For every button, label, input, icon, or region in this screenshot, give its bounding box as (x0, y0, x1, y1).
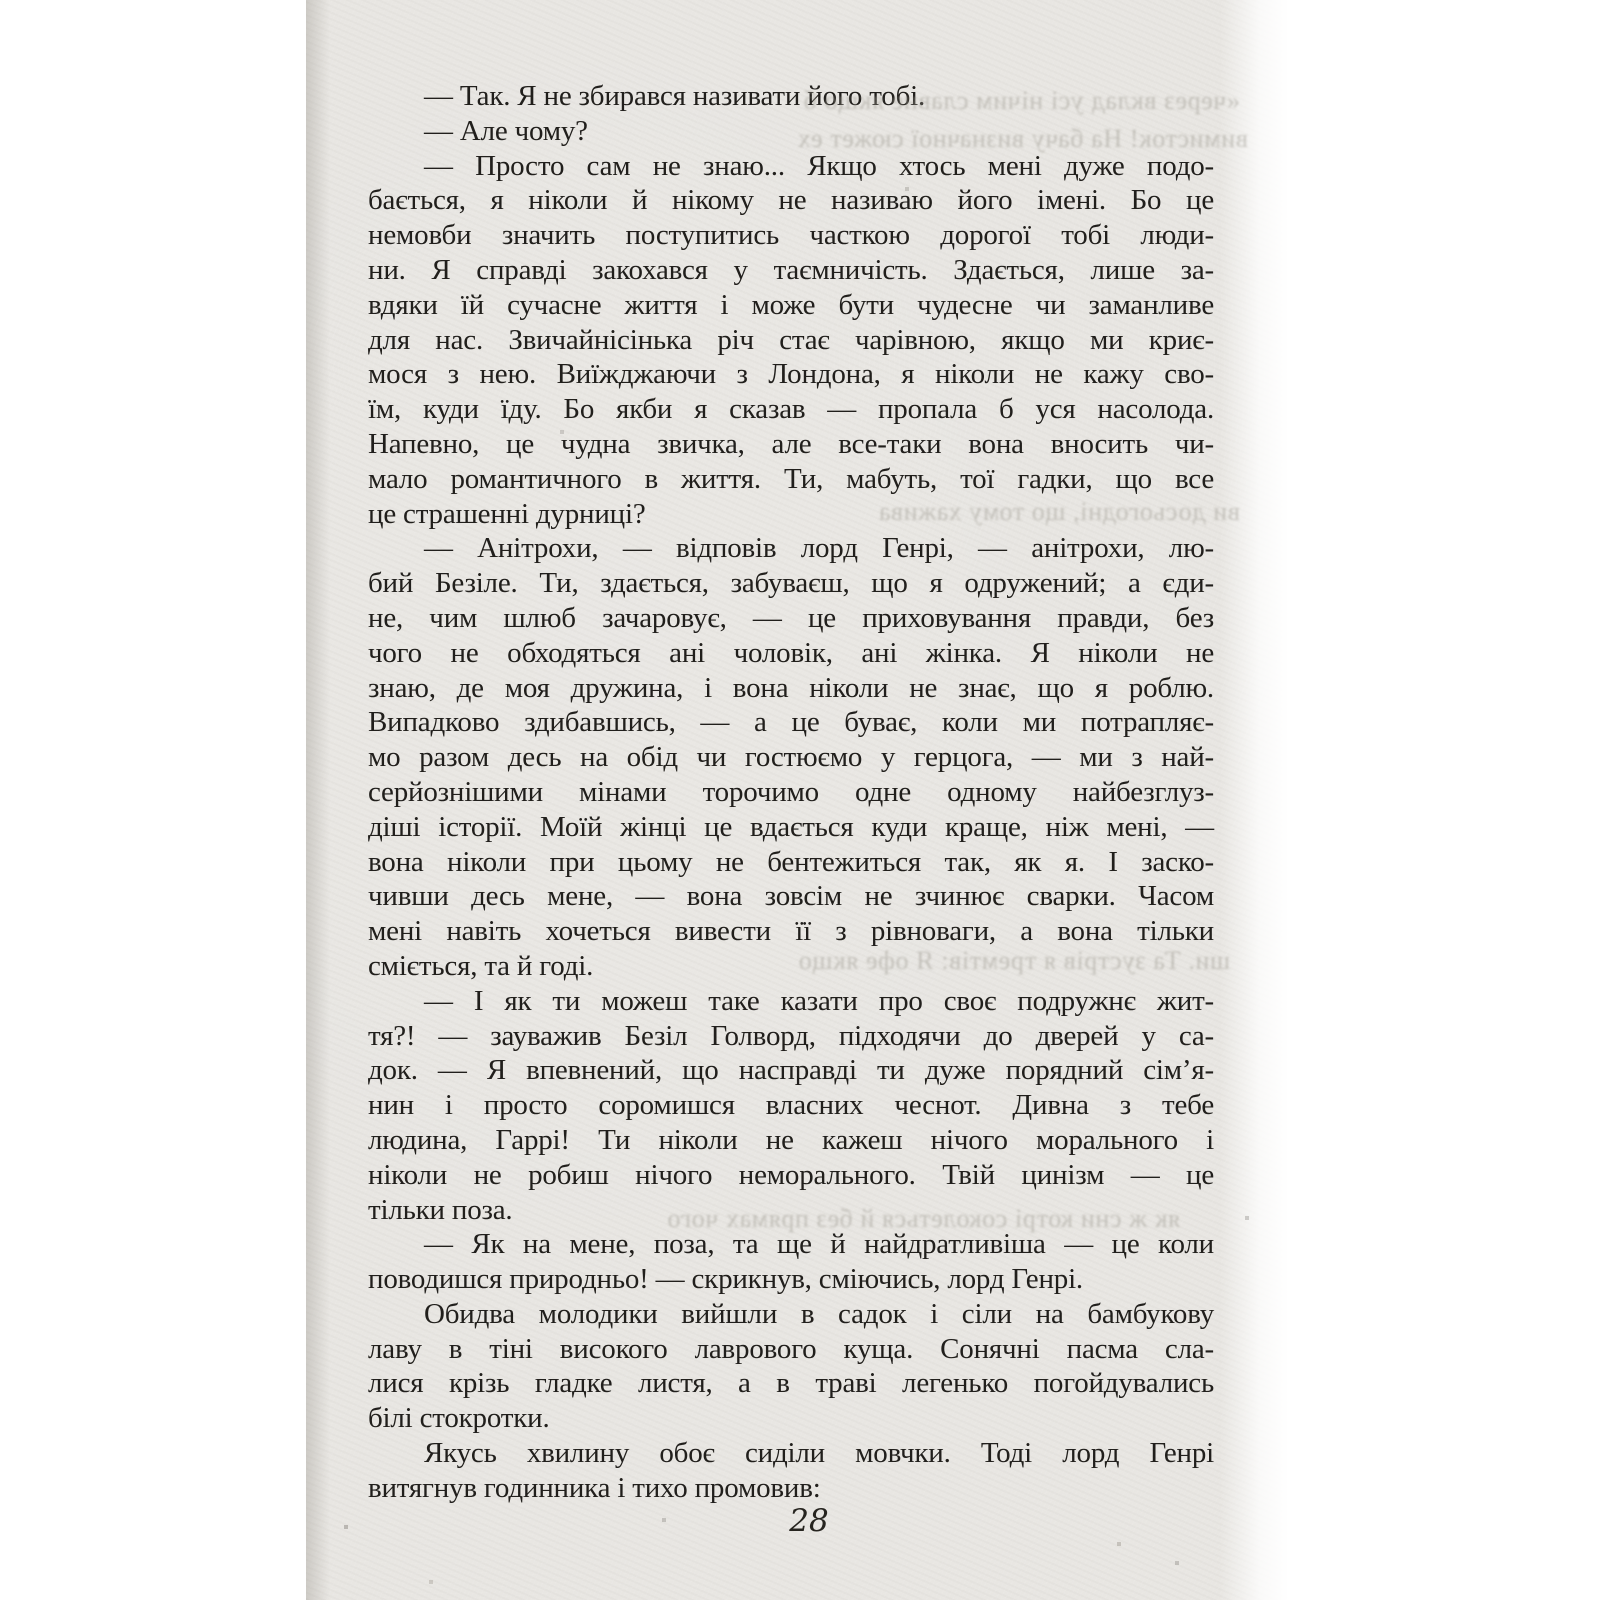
text-line: ни. Я справді закохався у таємничість. З… (368, 253, 1214, 288)
text-line: немовби значить поступитись часткою доро… (368, 218, 1214, 253)
scanned-document-root: { "document": { "kind": "scanned book pa… (0, 0, 1600, 1600)
text-line: чого не обходяться ані чоловік, ані жінк… (368, 636, 1214, 671)
text-line: бий Безіле. Ти, здається, забуваєш, що я… (368, 566, 1214, 601)
bleed-through-text: як ж сни котрі соколеться й без прямах ч… (620, 1204, 1180, 1237)
bleed-through-text: вимисток! На бачу визначної сюжет ех (560, 124, 1248, 157)
text-line: мо разом десь на обід чи гостюємо у герц… (368, 740, 1214, 775)
text-line: білі стокротки. (368, 1401, 1214, 1436)
text-line: для нас. Звичайнісінька річ стає чарівно… (368, 323, 1214, 358)
text-line: мало романтичного в життя. Ти, мабуть, т… (368, 462, 1214, 497)
text-line: тя?! — зауважив Безіл Голворд, підходячи… (368, 1019, 1214, 1054)
paragraph: — Як на мене, поза, та ще й найдратливіш… (368, 1227, 1214, 1297)
bleed-through-text: ви досьогодні, що тому хажива (680, 497, 1240, 530)
text-line: — І як ти можеш таке казати про своє под… (368, 984, 1214, 1019)
paragraph: — Просто сам не знаю... Якщо хтось мені … (368, 149, 1214, 532)
bleed-through-text: ши. Та зустрів я тремтів: Я офе якщо (660, 946, 1230, 979)
text-line: док. — Я впевнений, що насправді ти дуже… (368, 1053, 1214, 1088)
text-line: Напевно, це чудна звичка, але все-таки в… (368, 427, 1214, 462)
text-line: діші історії. Моїй жінці це вдається куд… (368, 810, 1214, 845)
paragraph: — Анітрохи, — відповів лорд Генрі, — ані… (368, 531, 1214, 983)
page-number: 28 (729, 1503, 889, 1539)
text-line: їм, куди їду. Бо якби я сказав — пропала… (368, 392, 1214, 427)
paragraph: — І як ти можеш таке казати про своє под… (368, 984, 1214, 1228)
text-line: поводишся природньо! — скрикнув, сміючис… (368, 1262, 1214, 1297)
paragraph: Обидва молодики вийшли в садок і сіли на… (368, 1297, 1214, 1436)
text-line: серйознішими мінами торочимо одне одному… (368, 775, 1214, 810)
paragraph: Якусь хвилину обоє сиділи мовчки. Тоді л… (368, 1436, 1214, 1506)
text-line: лаву в тіні високого лаврового куща. Сон… (368, 1332, 1214, 1367)
text-line: нин і просто соромишся власних чеснот. Д… (368, 1088, 1214, 1123)
text-block: — Так. Я не збирався називати його тобі.… (368, 79, 1214, 1506)
text-line: витягнув годинника і тихо промовив: (368, 1471, 1214, 1506)
bleed-through-text: «через вклад усі нічим славне якщо б (600, 86, 1240, 119)
text-line: вдяки їй сучасне життя і може бути чудес… (368, 288, 1214, 323)
text-line: людина, Гаррі! Ти ніколи не кажеш нічого… (368, 1123, 1214, 1158)
text-line: лися крізь гладке листя, а в траві леген… (368, 1366, 1214, 1401)
text-line: не, чим шлюб зачаровує, — це приховуванн… (368, 601, 1214, 636)
text-line: мені навіть хочеться вивести її з рівнов… (368, 914, 1214, 949)
text-line: ніколи не робиш нічого неморального. Тві… (368, 1158, 1214, 1193)
text-line: мося з нею. Виїжджаючи з Лондона, я ніко… (368, 357, 1214, 392)
paper-speckles (0, 0, 2, 2)
text-line: бається, я ніколи й нікому не називаю йо… (368, 183, 1214, 218)
text-line: знаю, де моя дружина, і вона ніколи не з… (368, 671, 1214, 706)
text-line: чивши десь мене, — вона зовсім не зчинює… (368, 879, 1214, 914)
text-line: Випадково здибавшись, — а це буває, коли… (368, 705, 1214, 740)
text-line: — Анітрохи, — відповів лорд Генрі, — ані… (368, 531, 1214, 566)
text-line: Обидва молодики вийшли в садок і сіли на… (368, 1297, 1214, 1332)
text-line: вона ніколи при цьому не бентежиться так… (368, 845, 1214, 880)
text-line: Якусь хвилину обоє сиділи мовчки. Тоді л… (368, 1436, 1214, 1471)
